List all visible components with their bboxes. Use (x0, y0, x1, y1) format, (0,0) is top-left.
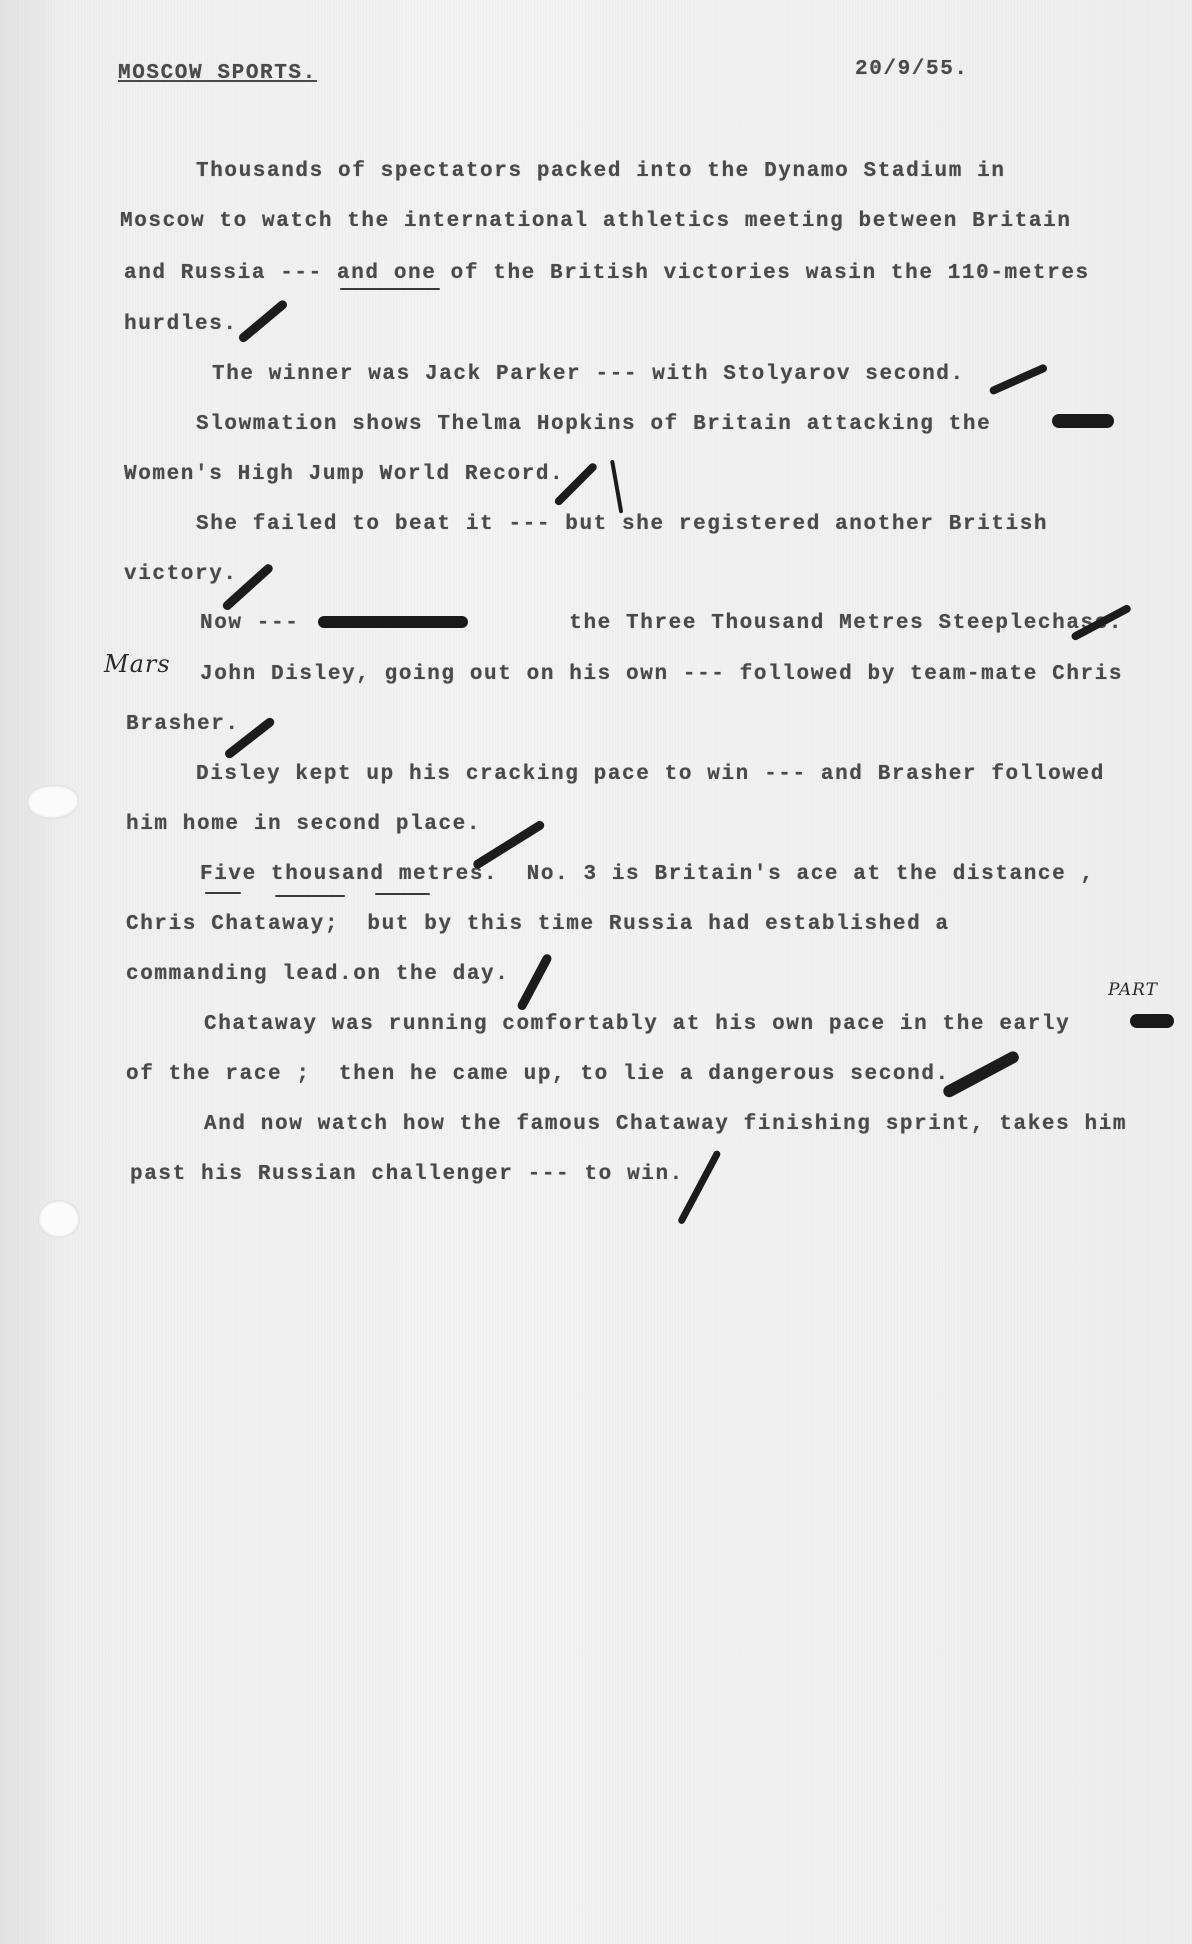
text-line: Thousands of spectators packed into the … (196, 160, 1006, 183)
text-line: of the race ; then he came up, to lie a … (126, 1063, 950, 1086)
punch-hole (27, 785, 79, 819)
text-line: him home in second place. (126, 813, 481, 836)
text-line: Women's High Jump World Record. (124, 463, 564, 486)
text-line: Brasher. (126, 713, 240, 736)
text-line: and Russia --- and one of the British vi… (124, 262, 1090, 285)
text-line: Slowmation shows Thelma Hopkins of Brita… (196, 413, 991, 436)
punch-hole (38, 1200, 80, 1238)
document-date: 20/9/55. (855, 58, 969, 81)
pen-underline (205, 892, 241, 894)
pen-m-mark (516, 953, 553, 1012)
pen-slash-mark (237, 298, 289, 343)
strikeout-blot (1052, 414, 1114, 428)
text-line: Moscow to watch the international athlet… (120, 210, 1072, 233)
pen-slash-mark (677, 1149, 722, 1225)
strikeout-blot (318, 616, 468, 628)
text-line: Chataway was running comfortably at his … (204, 1013, 1070, 1036)
text-line: The winner was Jack Parker --- with Stol… (212, 363, 965, 386)
strikeout-blot (1130, 1014, 1174, 1028)
text-line: hurdles. (124, 313, 238, 336)
insert-note: PART (1108, 980, 1158, 1000)
scanned-typescript-page: MOSCOW SPORTS. 20/9/55. Thousands of spe… (0, 0, 1192, 1944)
pen-slash-mark (941, 1049, 1021, 1099)
pen-underline (275, 895, 345, 897)
pen-underline (375, 893, 430, 895)
text-line: And now watch how the famous Chataway fi… (204, 1113, 1127, 1136)
text-line: She failed to beat it --- but she regist… (196, 513, 1048, 536)
text-line: Chris Chataway; but by this time Russia … (126, 913, 950, 936)
document-title: MOSCOW SPORTS. (118, 62, 317, 85)
text-line: Disley kept up his cracking pace to win … (196, 763, 1105, 786)
pen-caret-mark (610, 460, 623, 514)
pen-slash-mark (988, 363, 1048, 396)
margin-note: Mars (104, 650, 171, 678)
text-line: past his Russian challenger --- to win. (130, 1163, 684, 1186)
text-line: victory. (124, 563, 238, 586)
text-line: Five thousand metres. No. 3 is Britain's… (200, 863, 1095, 886)
text-line: commanding lead.on the day. (126, 963, 509, 986)
pen-underline (340, 288, 440, 290)
text-line: John Disley, going out on his own --- fo… (200, 663, 1123, 686)
